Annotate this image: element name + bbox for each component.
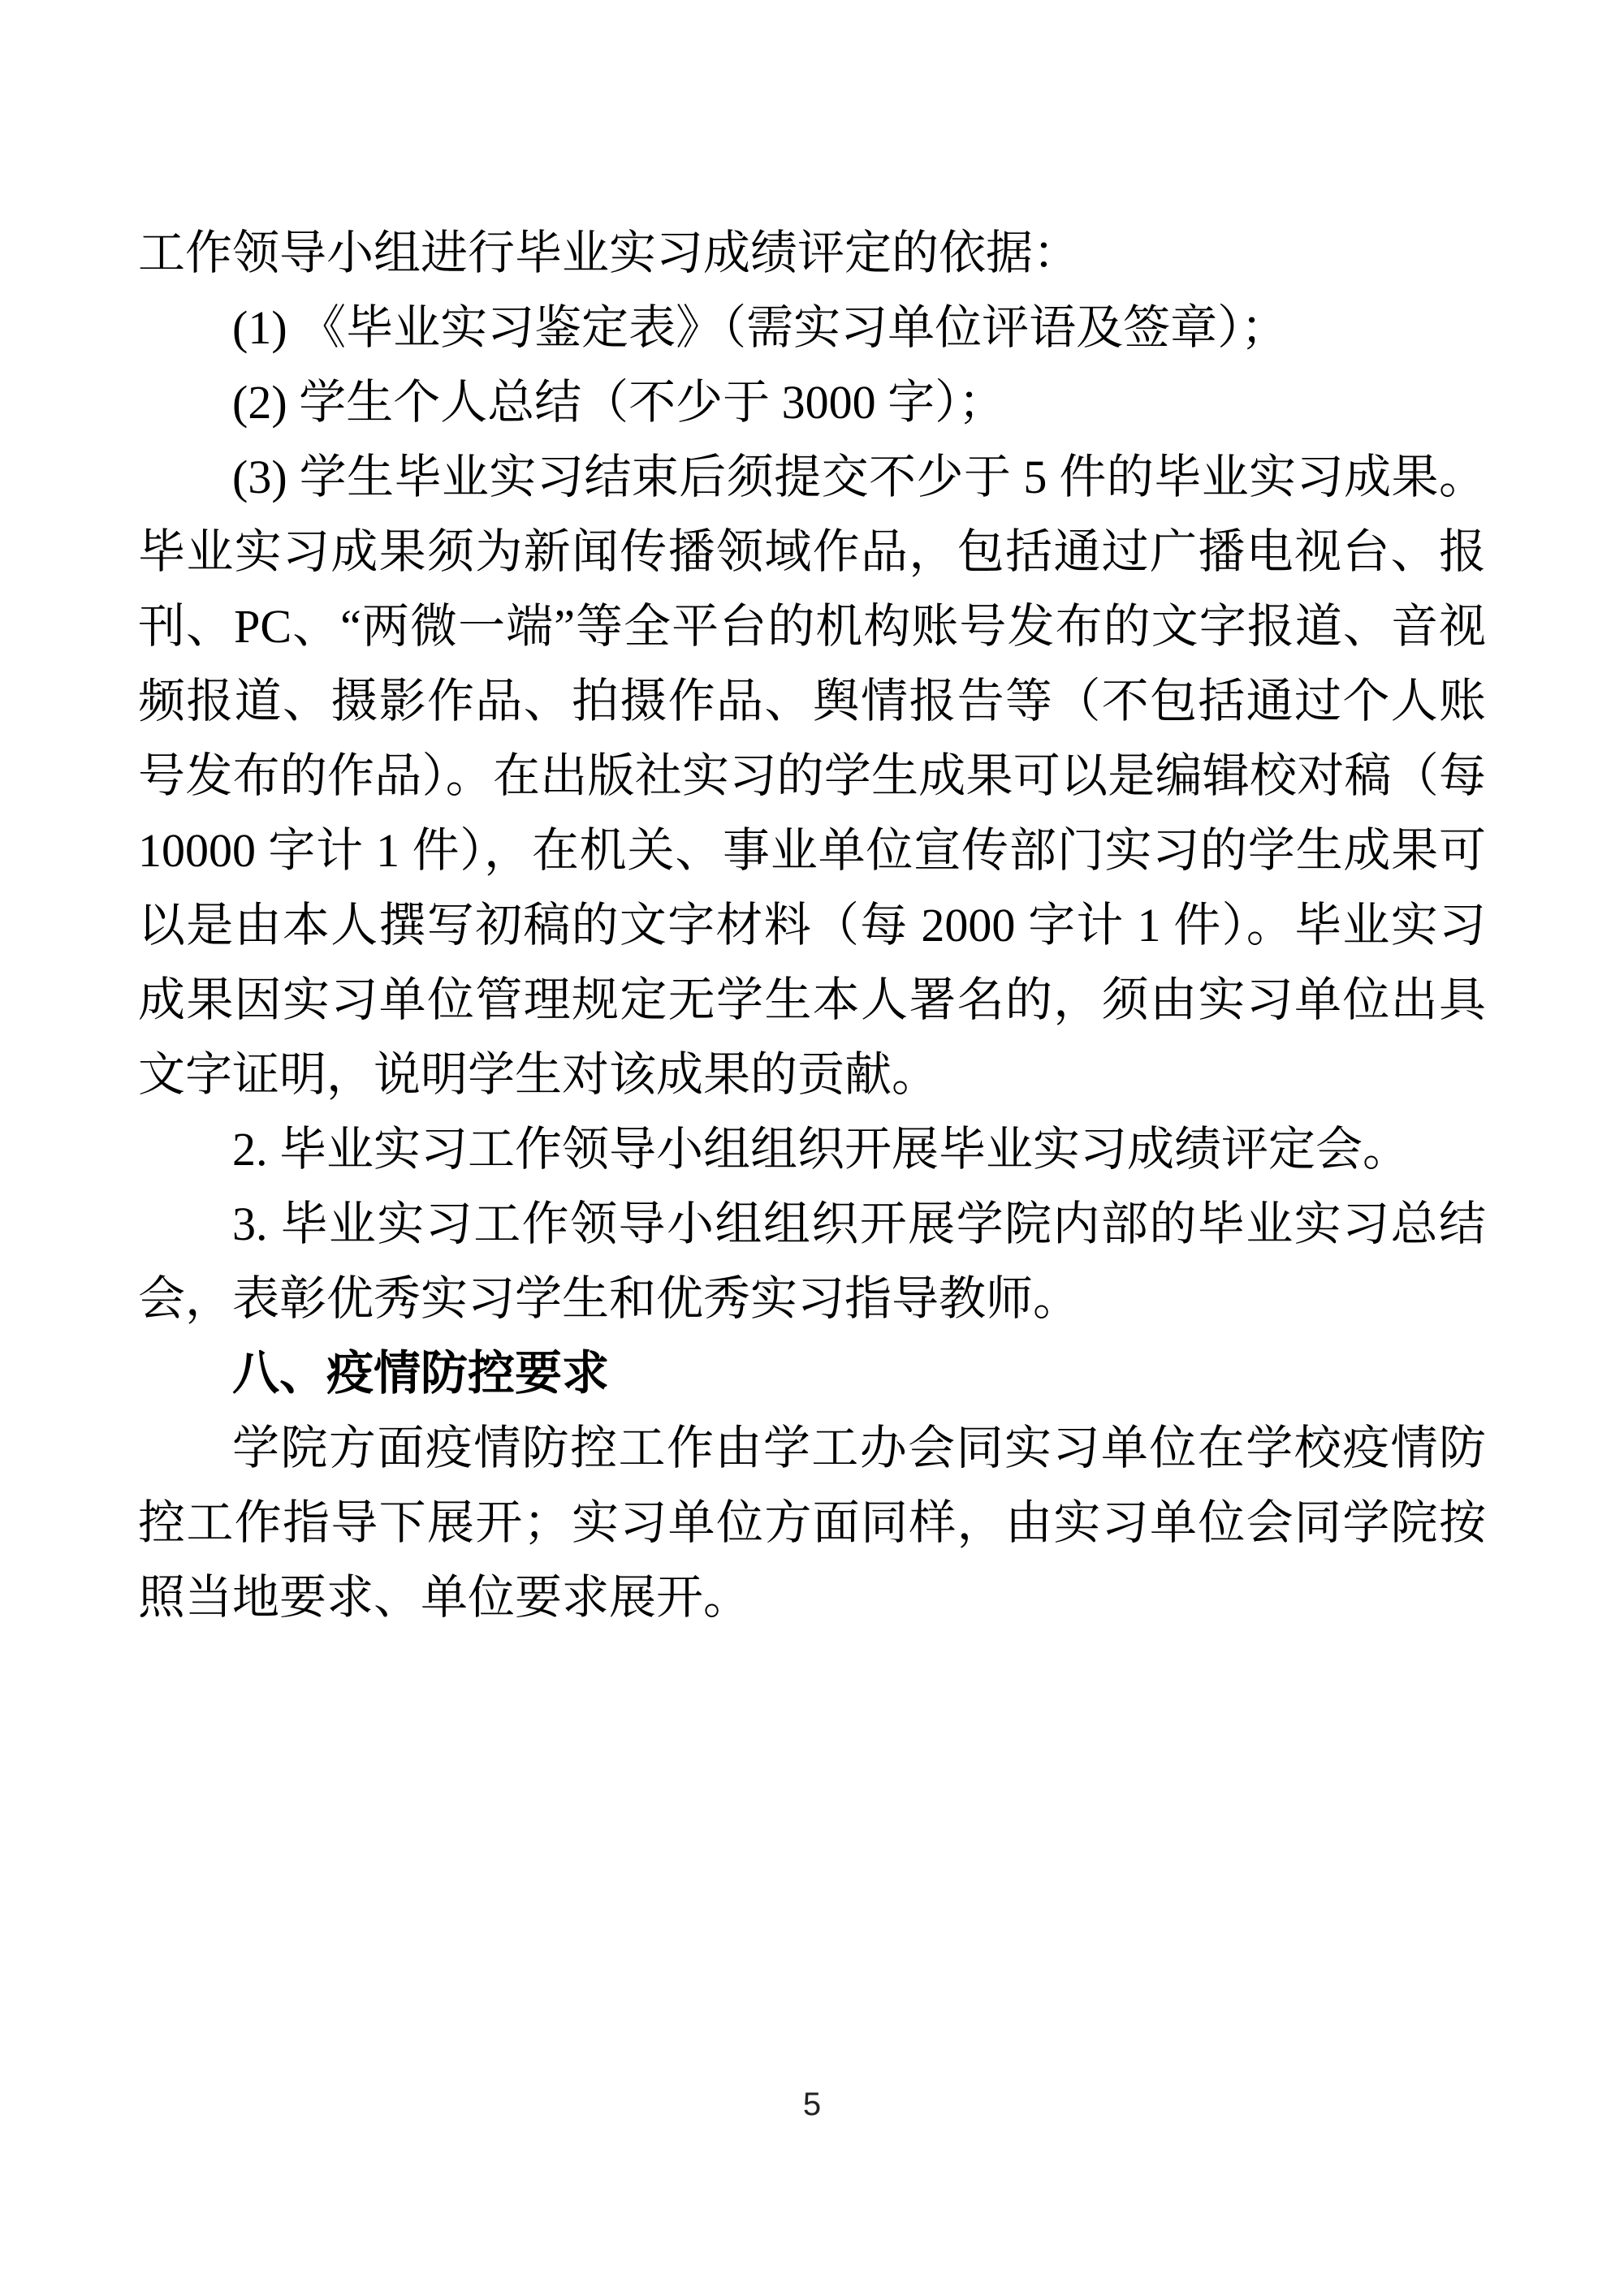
list-item-1: (1) 《毕业实习鉴定表》（需实习单位评语及签章）； bbox=[138, 291, 1486, 365]
section-heading-epidemic-prevention: 八、疫情防控要求 bbox=[138, 1336, 1486, 1411]
document-body: 工作领导小组进行毕业实习成绩评定的依据： (1) 《毕业实习鉴定表》（需实习单位… bbox=[138, 216, 1486, 1635]
page-number: 5 bbox=[803, 2087, 821, 2122]
numbered-paragraph-3: 3. 毕业实习工作领导小组组织开展学院内部的毕业实习总结会，表彰优秀实习学生和优… bbox=[138, 1187, 1486, 1336]
list-item-2: (2) 学生个人总结（不少于 3000 字）； bbox=[138, 365, 1486, 440]
paragraph-epidemic-prevention: 学院方面疫情防控工作由学工办会同实习单位在学校疫情防控工作指导下展开；实习单位方… bbox=[138, 1411, 1486, 1635]
document-page: 工作领导小组进行毕业实习成绩评定的依据： (1) 《毕业实习鉴定表》（需实习单位… bbox=[0, 0, 1624, 2296]
page-footer: 5 bbox=[0, 2087, 1624, 2123]
paragraph-continuation: 工作领导小组进行毕业实习成绩评定的依据： bbox=[138, 216, 1486, 291]
numbered-paragraph-2: 2. 毕业实习工作领导小组组织开展毕业实习成绩评定会。 bbox=[138, 1112, 1486, 1187]
list-item-3: (3) 学生毕业实习结束后须提交不少于 5 件的毕业实习成果。毕业实习成果须为新… bbox=[138, 440, 1486, 1112]
